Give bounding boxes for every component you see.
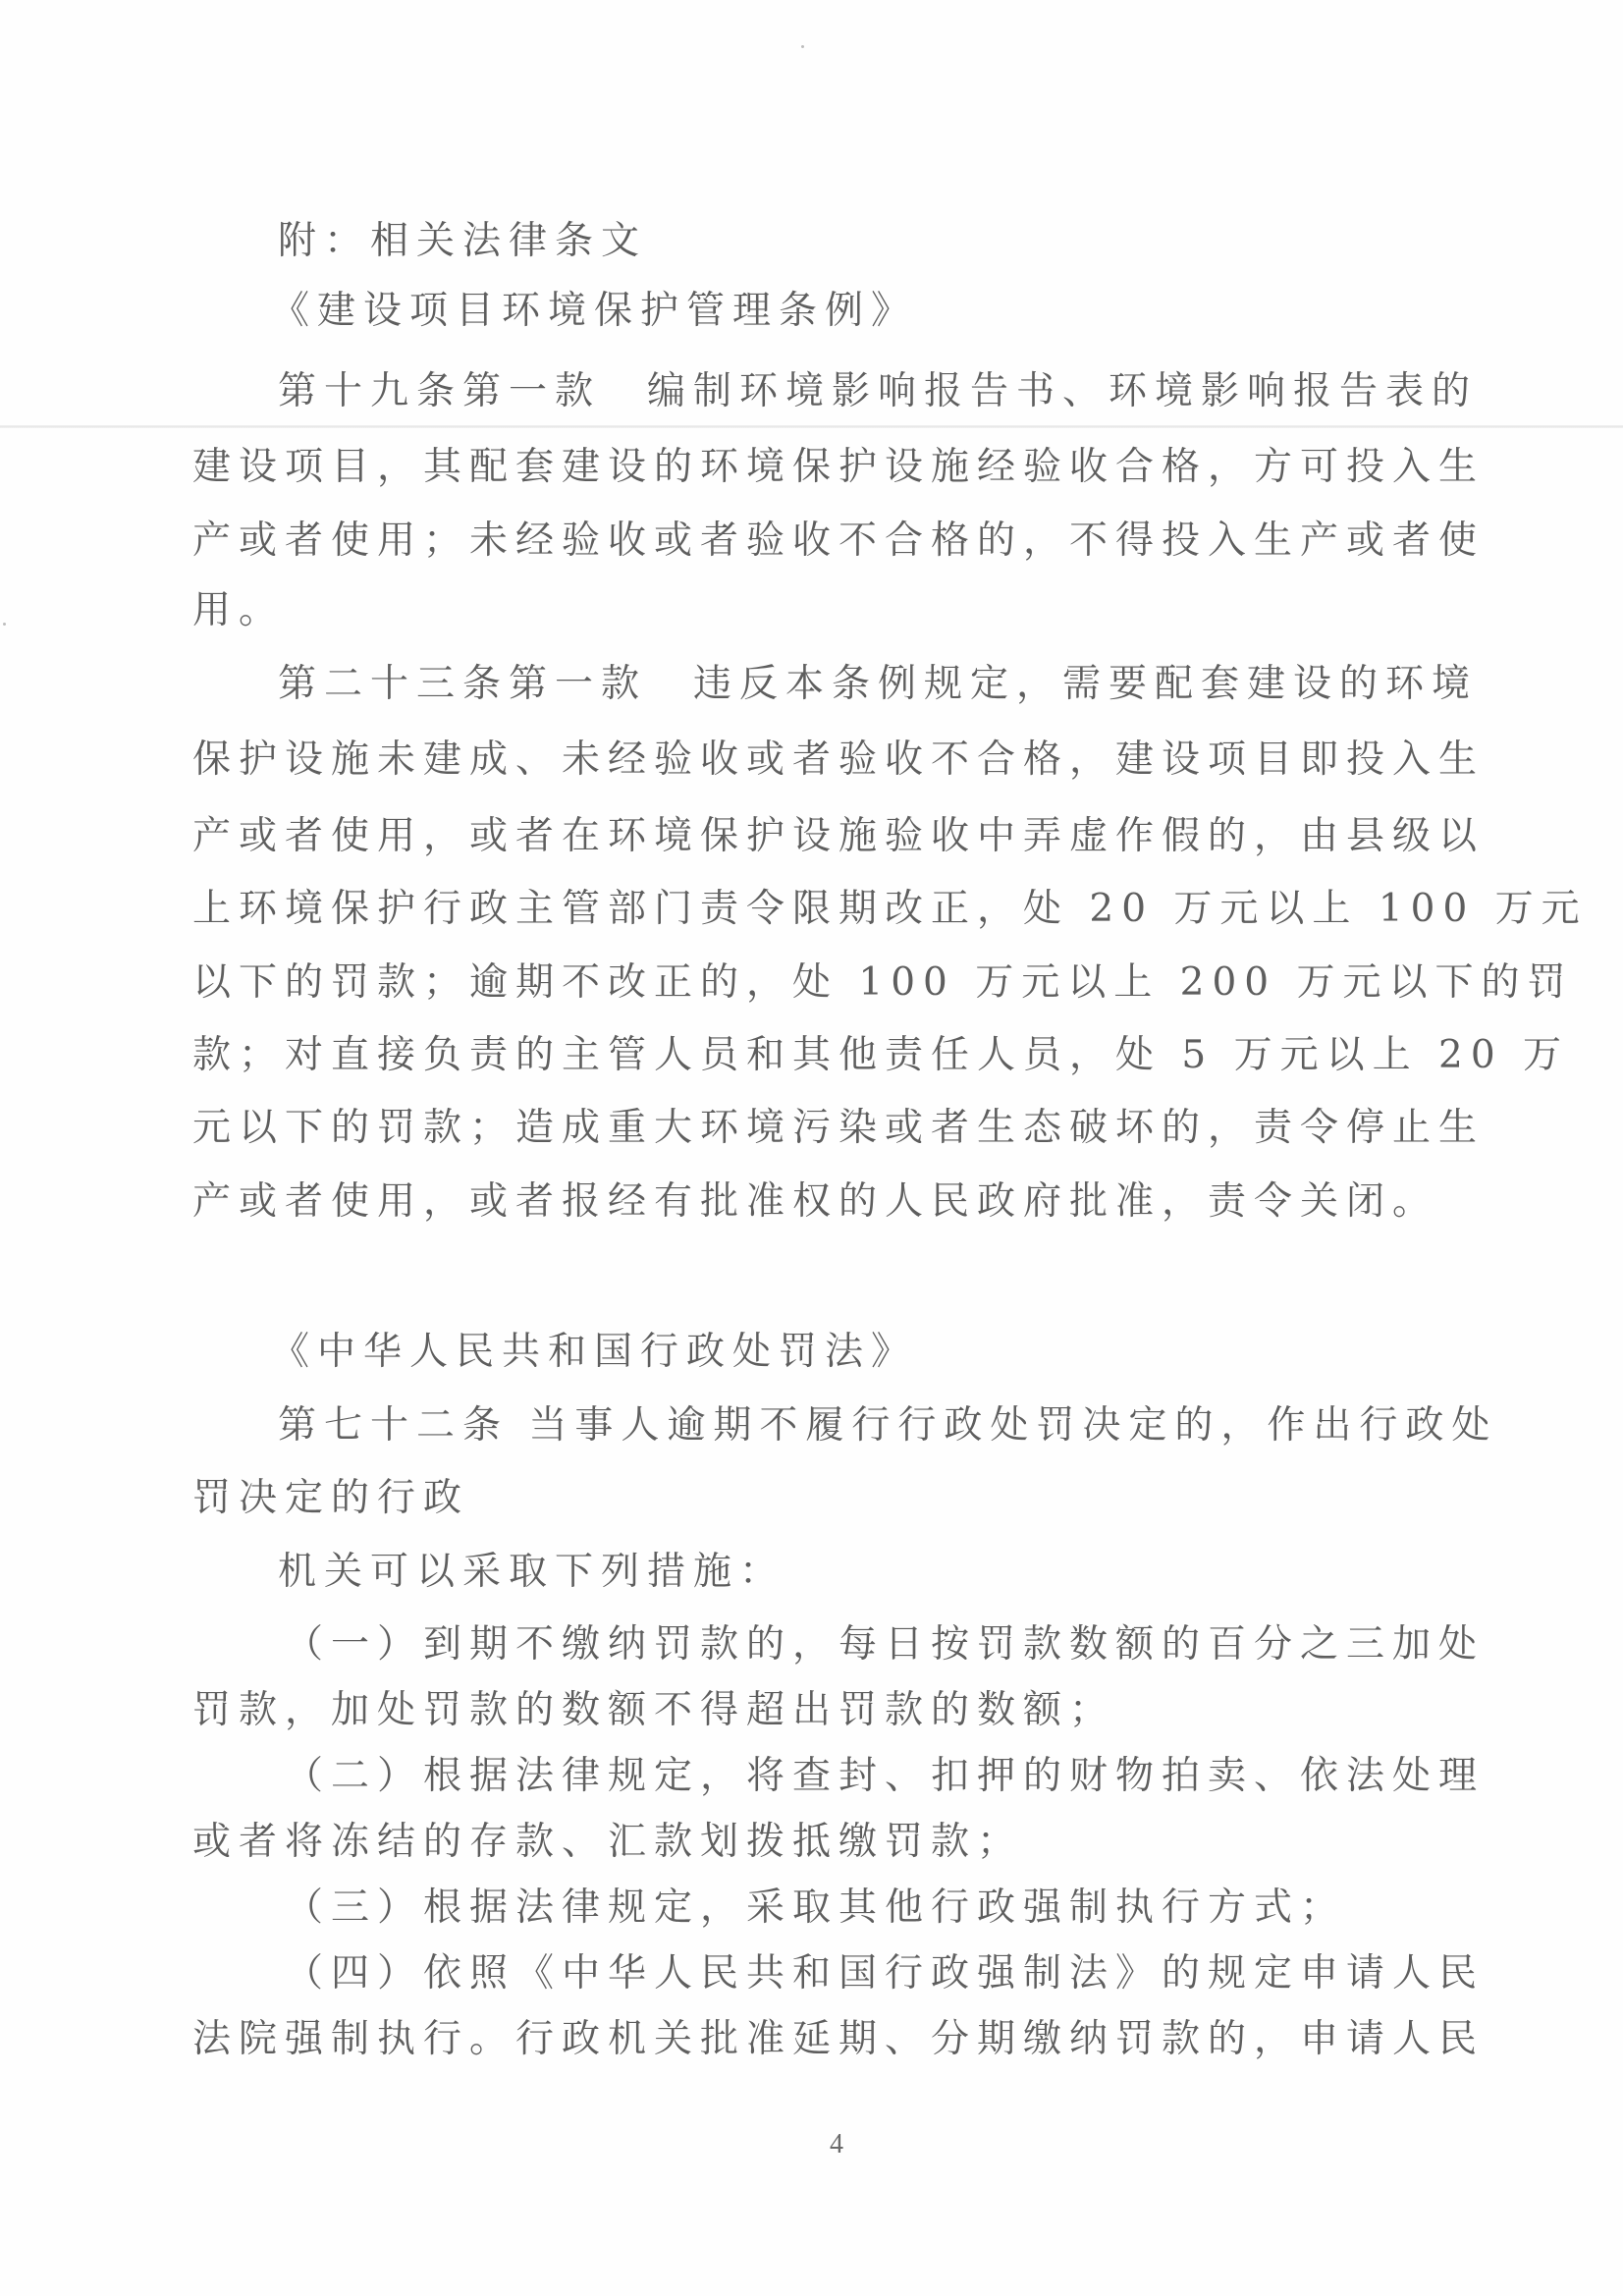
paragraph-line: 第二十三条第一款 违反本条例规定，需要配套建设的环境 (278, 661, 1478, 708)
paragraph-line: 机关可以采取下列措施： (278, 1549, 785, 1596)
paragraph-line: 或者将冻结的存款、汇款划拨抵缴罚款； (192, 1819, 1023, 1866)
paragraph-line: 建设项目，其配套建设的环境保护设施经验收合格，方可投入生 (192, 444, 1485, 491)
paragraph-line: （二）根据法律规定，将查封、扣押的财物拍卖、依法处理 (285, 1753, 1485, 1800)
paragraph-line: 保护设施未建成、未经验收或者验收不合格，建设项目即投入生 (192, 737, 1485, 784)
paragraph-line: 第十九条第一款 编制环境影响报告书、环境影响报告表的 (278, 368, 1478, 415)
paragraph-line: 第七十二条 当事人逾期不履行行政处罚决定的，作出行政处 (278, 1402, 1497, 1449)
scan-speck (801, 45, 804, 48)
page-number: 4 (830, 2129, 843, 2160)
scan-artifact-line (0, 425, 1623, 428)
paragraph-line: 用。 (192, 587, 285, 634)
paragraph-line: 上环境保护行政主管部门责令限期改正，处 20 万元以上 100 万元 (192, 886, 1588, 933)
paragraph-line: 元以下的罚款；造成重大环境污染或者生态破坏的，责令停止生 (192, 1105, 1485, 1152)
paragraph-line: 产或者使用；未经验收或者验收不合格的，不得投入生产或者使 (192, 518, 1485, 565)
section-title: 《中华人民共和国行政处罚法》 (271, 1329, 917, 1376)
paragraph-line: 以下的罚款；逾期不改正的，处 100 万元以上 200 万元以下的罚 (192, 959, 1573, 1007)
paragraph-line: （三）根据法律规定，采取其他行政强制执行方式； (285, 1885, 1346, 1932)
paragraph-line: （一）到期不缴纳罚款的，每日按罚款数额的百分之三加处 (285, 1621, 1485, 1668)
paragraph-line: （四）依照《中华人民共和国行政强制法》的规定申请人民 (285, 1950, 1485, 1997)
paragraph-line: 款；对直接负责的主管人员和其他责任人员，处 5 万元以上 20 万 (192, 1032, 1569, 1079)
section-title: 《建设项目环境保护管理条例》 (271, 288, 917, 335)
paragraph-line: 罚决定的行政 (192, 1475, 469, 1522)
document-page: 附：相关法律条文 《建设项目环境保护管理条例》 第十九条第一款 编制环境影响报告… (0, 0, 1623, 2296)
scan-speck (3, 623, 6, 626)
appendix-heading: 附：相关法律条文 (278, 218, 647, 265)
paragraph-line: 产或者使用，或者报经有批准权的人民政府批准，责令关闭。 (192, 1178, 1438, 1226)
paragraph-line: 产或者使用，或者在环境保护设施验收中弄虚作假的，由县级以 (192, 813, 1485, 860)
paragraph-line: 罚款，加处罚款的数额不得超出罚款的数额； (192, 1687, 1115, 1734)
paragraph-line: 法院强制执行。行政机关批准延期、分期缴纳罚款的，申请人民 (192, 2016, 1485, 2063)
